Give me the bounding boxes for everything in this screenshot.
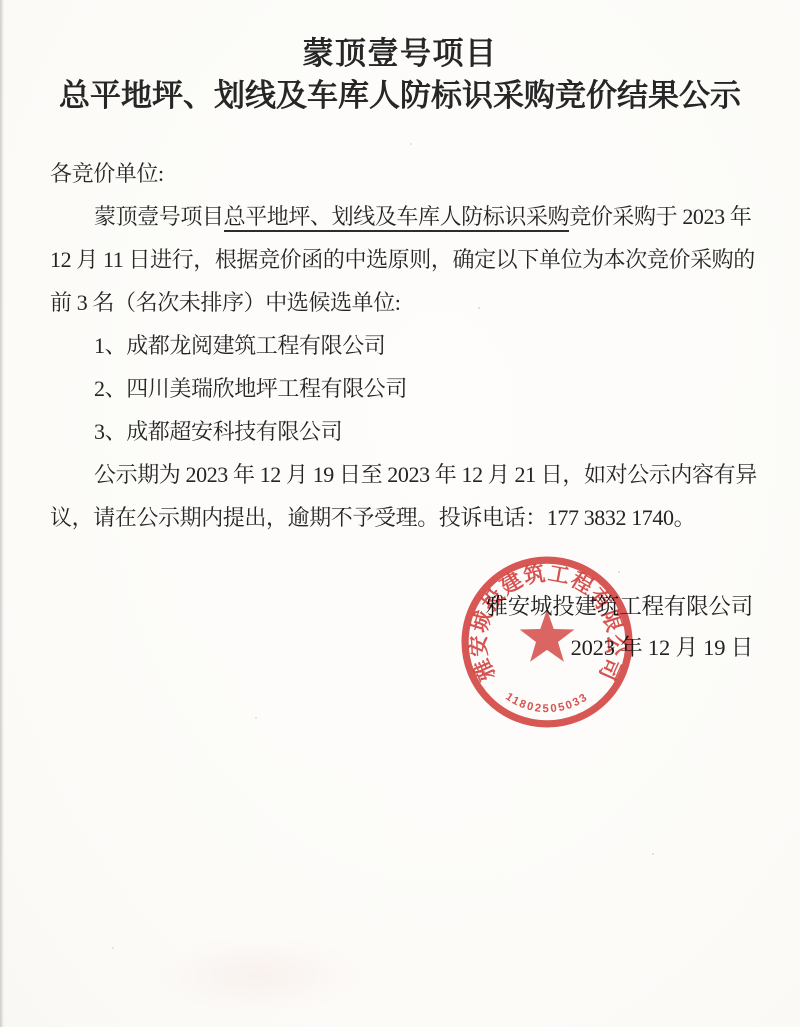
paragraph1-line1-tail: 竞价采购于 2023 年 <box>569 204 751 229</box>
official-company-seal: 雅安城投建筑工程有限公司 5118025050330 <box>457 552 637 732</box>
document-title-line1: 蒙顶壹号项目 <box>40 28 760 73</box>
paragraph1-line2: 12 月 11 日进行，根据竞价函的中选原则，确定以下单位为本次竞价采购的 <box>50 238 762 281</box>
paragraph1-underlined-subject: 总平地坪、划线及车库人防标识采购 <box>224 204 570 232</box>
candidate-item-2: 2、四川美瑞欣地坪工程有限公司 <box>50 367 762 410</box>
seal-star-icon <box>520 610 575 662</box>
scan-edge-shadow <box>0 0 4 1027</box>
candidate-item-1: 1、成都龙阅建筑工程有限公司 <box>50 324 762 367</box>
ink-smudge <box>150 935 370 1015</box>
candidate-item-3: 3、成都超安科技有限公司 <box>50 410 762 453</box>
paragraph1-lead: 蒙顶壹号项目 <box>94 204 224 229</box>
salutation: 各竞价单位: <box>50 152 762 195</box>
scanned-document-page: 蒙顶壹号项目 总平地坪、划线及车库人防标识采购竞价结果公示 各竞价单位: 蒙顶壹… <box>0 0 800 1027</box>
document-title-line2: 总平地坪、划线及车库人防标识采购竞价结果公示 <box>40 70 760 115</box>
paragraph1-line1: 蒙顶壹号项目总平地坪、划线及车库人防标识采购竞价采购于 2023 年 <box>50 195 762 238</box>
paragraph2-line1: 公示期为 2023 年 12 月 19 日至 2023 年 12 月 21 日，… <box>50 453 762 496</box>
document-body: 各竞价单位: 蒙顶壹号项目总平地坪、划线及车库人防标识采购竞价采购于 2023 … <box>50 152 762 539</box>
paragraph2-line2: 议，请在公示期内提出，逾期不予受理。投诉电话：177 3832 1740。 <box>50 496 762 539</box>
paragraph1-line3: 前 3 名（名次未排序）中选候选单位: <box>50 281 762 324</box>
